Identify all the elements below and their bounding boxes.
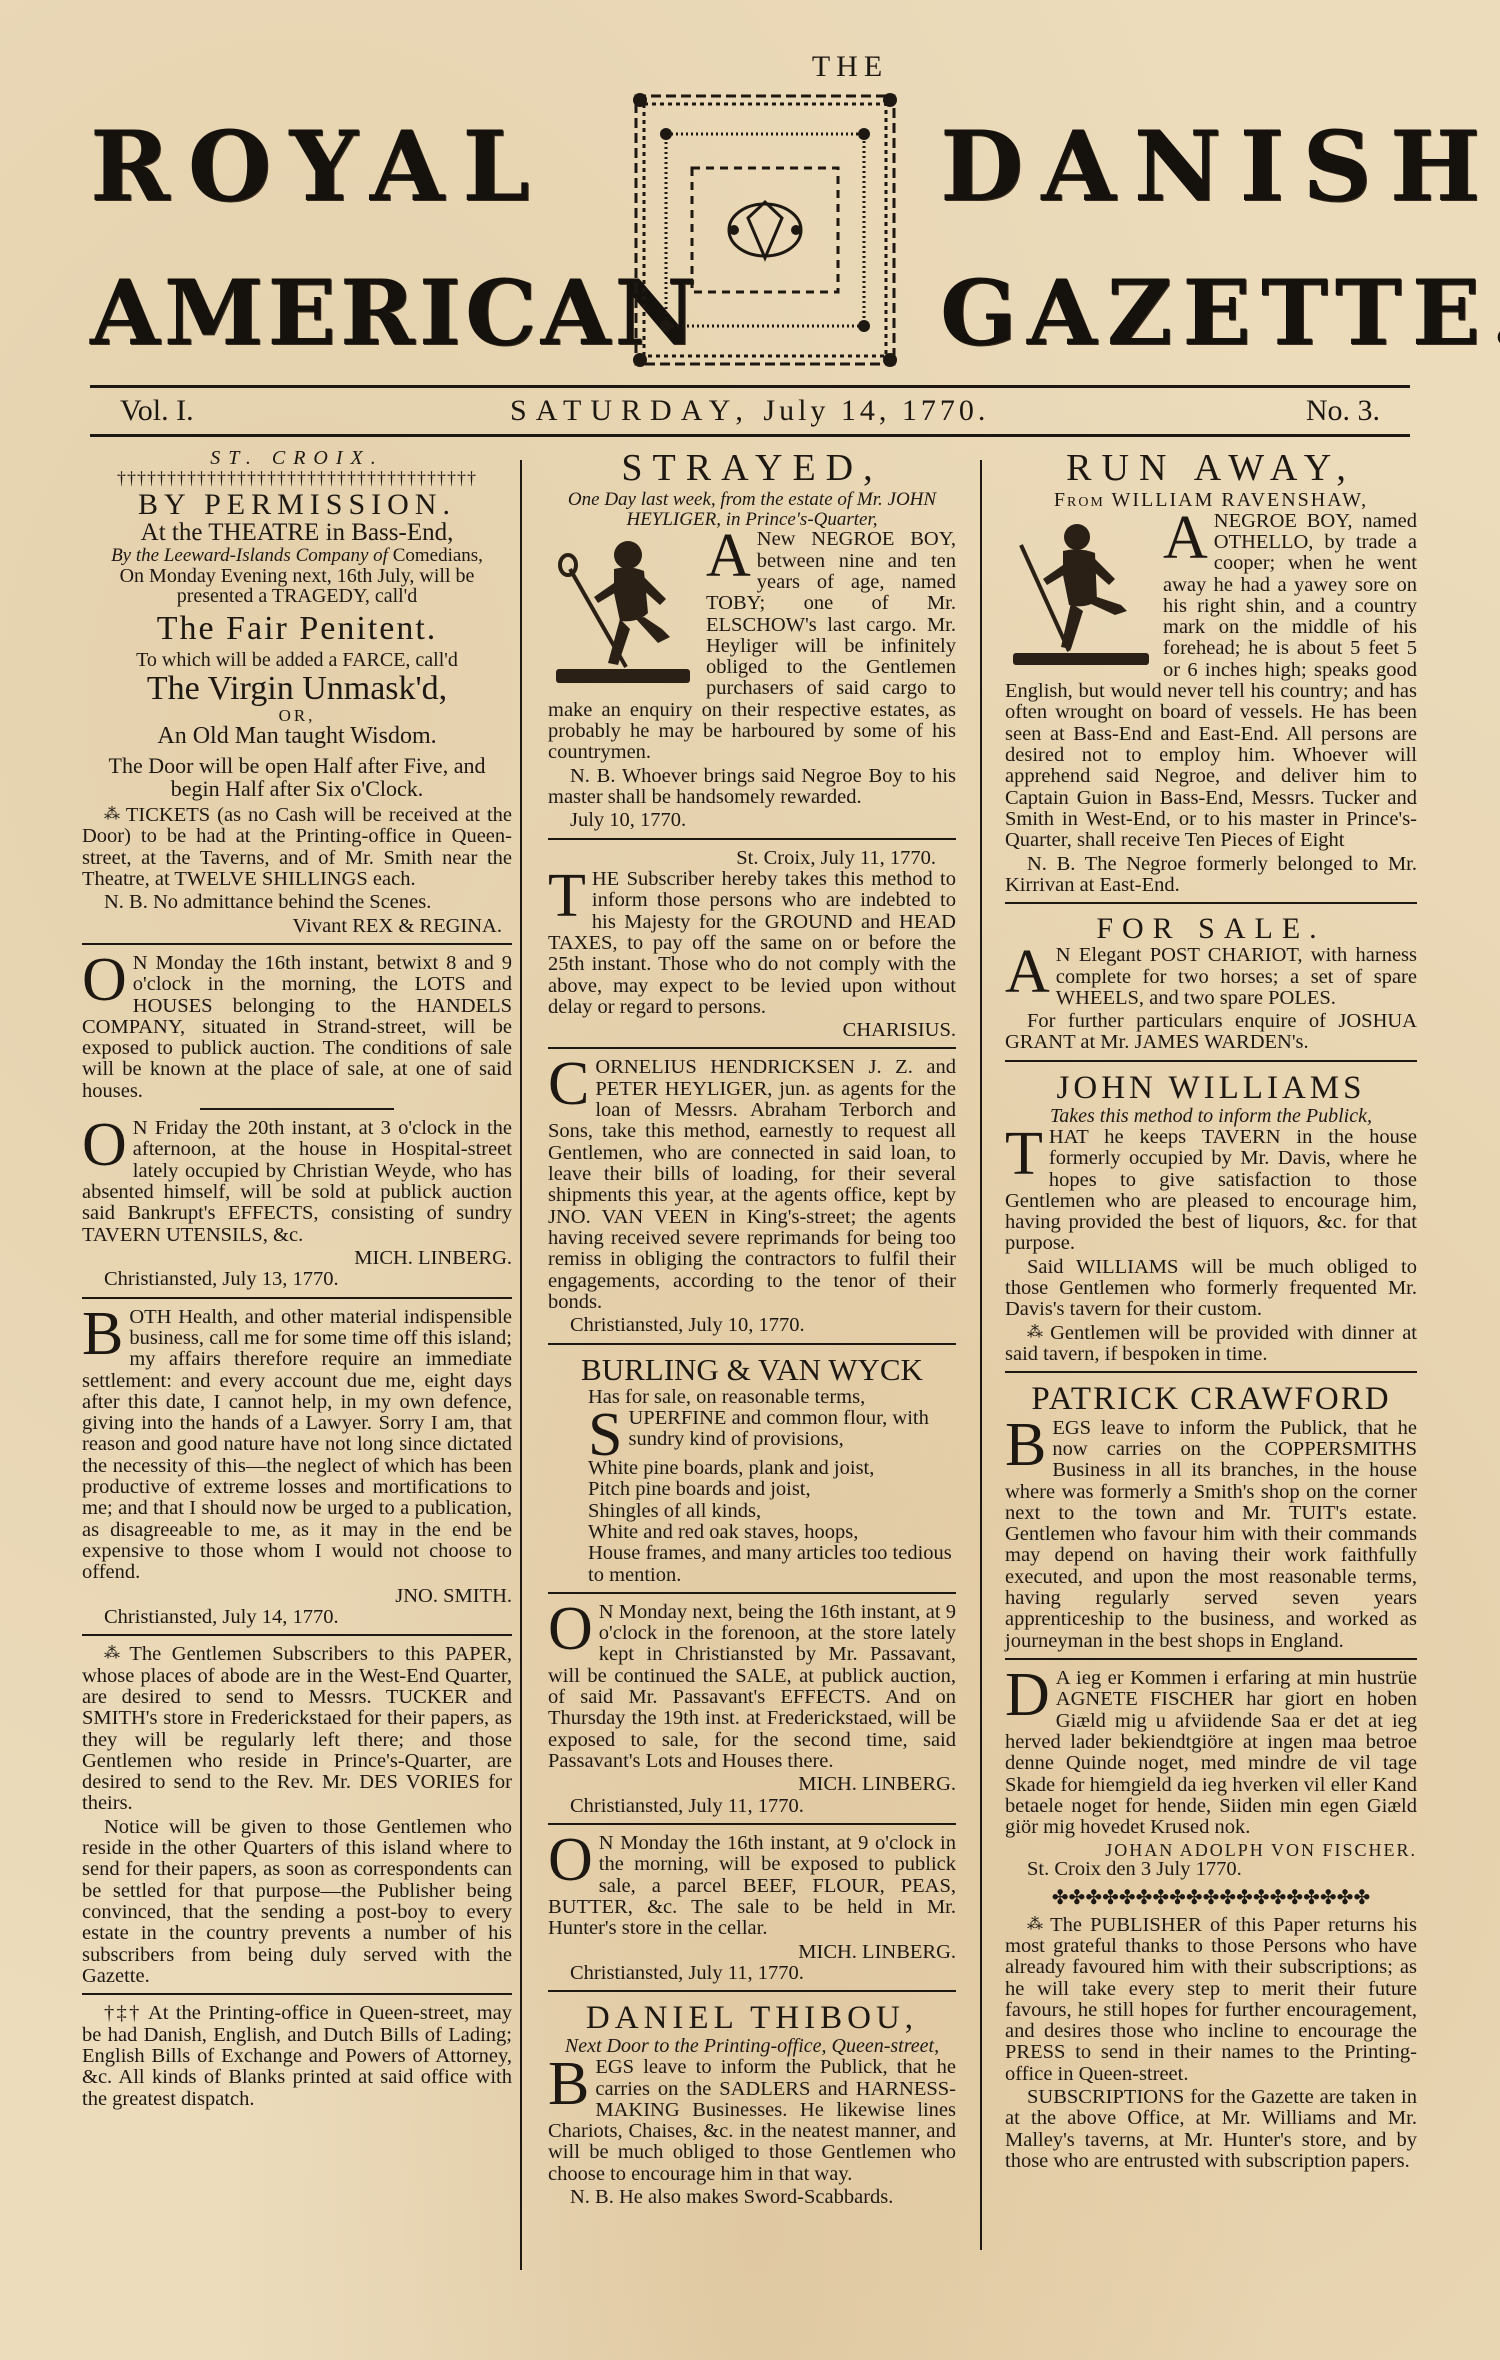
no-admittance: N. B. No admittance behind the Scenes. bbox=[82, 892, 512, 913]
section-rule bbox=[548, 1592, 956, 1594]
burling-title: BURLING & VAN WYCK bbox=[548, 1353, 956, 1387]
signature: CHARISIUS. bbox=[548, 1020, 956, 1041]
dropcap: O bbox=[548, 1835, 593, 1885]
section-rule bbox=[200, 1108, 394, 1110]
dateline-bar: Vol. I. SATURDAY, July 14, 1770. No. 3. bbox=[90, 385, 1410, 437]
dropcap: A bbox=[1163, 513, 1208, 563]
signature: JOHAN ADOLPH VON FISCHER. bbox=[1005, 1841, 1417, 1860]
passavant-text: N Monday next, being the 16th instant, a… bbox=[548, 1601, 956, 1772]
section-rule bbox=[548, 1047, 956, 1049]
burling-item: UPERFINE and common flour, with sundry k… bbox=[628, 1407, 928, 1450]
company-name: By the Leeward-Islands Company of bbox=[111, 545, 388, 566]
section-rule bbox=[82, 1634, 512, 1636]
cross-rule-divider: †††††††††††††††††††††††††††††††††††† bbox=[82, 469, 512, 489]
masthead-american: AMERICAN bbox=[90, 260, 701, 366]
runaway-title: RUN AWAY, bbox=[1005, 448, 1417, 490]
printing-office-text: At the Printing-office in Queen-street, … bbox=[82, 2002, 512, 2109]
williams-title: JOHN WILLIAMS bbox=[1005, 1070, 1417, 1106]
provisions-text: N Monday the 16th instant, at 9 o'clock … bbox=[548, 1832, 956, 1939]
runaway-notice: RUN AWAY, From WILLIAM RAVENSHAW, bbox=[1005, 448, 1417, 896]
runaway-subtitle: From WILLIAM RAVENSHAW, bbox=[1005, 490, 1417, 511]
dropcap: A bbox=[1005, 947, 1050, 997]
masthead-gazette: GAZETTE. bbox=[940, 260, 1500, 366]
printing-office-notice: †‡† At the Printing-office in Queen-stre… bbox=[82, 2003, 512, 2110]
column-divider bbox=[980, 460, 982, 2250]
volume-label: Vol. I. bbox=[120, 394, 194, 428]
section-rule bbox=[82, 1993, 512, 1995]
publisher-notice: ⁂The PUBLISHER of this Paper returns his… bbox=[1005, 1915, 1417, 2173]
notice-date: Christiansted, July 14, 1770. bbox=[104, 1607, 512, 1628]
tickets-paragraph: ⁂TICKETS (as no Cash will be received at… bbox=[82, 805, 512, 890]
dropcap: T bbox=[548, 871, 586, 921]
performance-when: On Monday Evening next, 16th July, will … bbox=[82, 566, 512, 608]
crawford-notice: PATRICK CRAWFORD BEGS leave to inform th… bbox=[1005, 1381, 1417, 1652]
notice-date: July 10, 1770. bbox=[570, 810, 956, 831]
thibou-nb: N. B. He also makes Sword-Scabbards. bbox=[548, 2187, 956, 2208]
smith-notice-text: OTH Health, and other material indispens… bbox=[82, 1306, 512, 1584]
subscribers-notice: ⁂The Gentlemen Subscribers to this PAPER… bbox=[82, 1644, 512, 1987]
dropcap: O bbox=[548, 1604, 593, 1654]
section-rule bbox=[1005, 1658, 1417, 1660]
burling-item: House frames, and many articles too tedi… bbox=[588, 1543, 956, 1586]
farce-intro: To which will be added a FARCE, call'd bbox=[82, 650, 512, 671]
asterism-icon: ⁂ bbox=[1027, 1324, 1046, 1341]
door-times: The Door will be open Half after Five, a… bbox=[82, 755, 512, 801]
signature: MICH. LINBERG. bbox=[82, 1248, 512, 1269]
strayed-notice: STRAYED, One Day last week, from the est… bbox=[548, 448, 956, 832]
asterism-icon: ⁂ bbox=[104, 806, 122, 823]
section-rule bbox=[82, 943, 512, 945]
taxes-notice: St. Croix, July 11, 1770. THE Subscriber… bbox=[548, 848, 956, 1042]
masthead-danish: DANISH bbox=[940, 110, 1498, 223]
williams-notice: JOHN WILLIAMS Takes this method to infor… bbox=[1005, 1070, 1417, 1366]
motto: Vivant REX & REGINA. bbox=[82, 916, 502, 937]
middle-column: STRAYED, One Day last week, from the est… bbox=[548, 448, 956, 2210]
dropcap: S bbox=[588, 1410, 622, 1460]
williams-subtitle: Takes this method to inform the Publick, bbox=[1005, 1106, 1417, 1127]
taxes-dateline: St. Croix, July 11, 1770. bbox=[548, 848, 936, 869]
section-rule bbox=[82, 1297, 512, 1299]
section-rule bbox=[548, 1823, 956, 1825]
subscribers-text-2: Notice will be given to those Gentlemen … bbox=[82, 1817, 512, 1988]
ornament-row-divider: ✤✤✤✤✤✤✤✤✤✤✤✤✤✤✤✤✤✤✤ bbox=[1005, 1887, 1417, 1909]
section-rule bbox=[548, 1990, 956, 1992]
fischer-notice: DA ieg er Kommen i erfaring at min hustr… bbox=[1005, 1668, 1417, 1881]
place-heading: ST. CROIX. bbox=[82, 448, 512, 469]
williams-text-2: Said WILLIAMS will be much obliged to th… bbox=[1005, 1257, 1417, 1321]
agents-notice: CORNELIUS HENDRICKSEN J. Z. and PETER HE… bbox=[548, 1057, 956, 1336]
newspaper-page: THE ROYAL DANISH AMERICAN GAZETTE. bbox=[0, 0, 1500, 2360]
burling-item: Pitch pine boards and joist, bbox=[588, 1479, 956, 1500]
fischer-text: A ieg er Kommen i erfaring at min hustrü… bbox=[1005, 1667, 1417, 1838]
subscriptions-text: SUBSCRIPTIONS for the Gazette are taken … bbox=[1005, 2087, 1417, 2172]
strayed-subtitle: One Day last week, from the estate of Mr… bbox=[548, 490, 956, 530]
signature: MICH. LINBERG. bbox=[548, 1942, 956, 1963]
notice-date: Christiansted, July 13, 1770. bbox=[104, 1269, 512, 1290]
passavant-notice: ON Monday next, being the 16th instant, … bbox=[548, 1602, 956, 1817]
tickets-text: TICKETS (as no Cash will be received at … bbox=[82, 804, 512, 890]
williams-text-3: Gentlemen will be provided with dinner a… bbox=[1005, 1322, 1417, 1365]
column-divider bbox=[520, 460, 522, 2270]
lots-sale-text: N Monday the 16th instant, betwixt 8 and… bbox=[82, 952, 512, 1102]
play-title: The Fair Penitent. bbox=[82, 611, 512, 646]
notice-date: Christiansted, July 11, 1770. bbox=[570, 1963, 956, 1984]
issue-day: SATURDAY, bbox=[510, 394, 752, 427]
section-rule bbox=[548, 838, 956, 840]
crawford-text: EGS leave to inform the Publick, that he… bbox=[1005, 1417, 1417, 1652]
weyde-sale-text: N Friday the 20th instant, at 3 o'clock … bbox=[82, 1117, 512, 1246]
dropcap: C bbox=[548, 1059, 589, 1109]
running-figure-woodcut-icon bbox=[1005, 515, 1155, 675]
farce-title: The Virgin Unmask'd, bbox=[82, 671, 512, 706]
provisions-notice: ON Monday the 16th instant, at 9 o'clock… bbox=[548, 1833, 956, 1984]
section-rule bbox=[1005, 1371, 1417, 1373]
ornamental-border-icon bbox=[630, 90, 900, 370]
smith-notice: BOTH Health, and other material indispen… bbox=[82, 1307, 512, 1629]
williams-text: HAT he keeps TAVERN in the house formerl… bbox=[1005, 1126, 1417, 1255]
for-sale-text: N Elegant POST CHARIOT, with harness com… bbox=[1056, 944, 1417, 1009]
burling-notice: BURLING & VAN WYCK Has for sale, on reas… bbox=[548, 1353, 956, 1586]
theatre-venue: At the THEATRE in Bass-End, bbox=[82, 520, 512, 546]
signature: JNO. SMITH. bbox=[82, 1586, 512, 1607]
issue-number: No. 3. bbox=[1306, 394, 1380, 428]
dropcap: B bbox=[548, 2059, 589, 2109]
dropcap: T bbox=[1005, 1129, 1043, 1179]
dropcap: O bbox=[82, 955, 127, 1005]
dropcap: B bbox=[1005, 1420, 1046, 1470]
or-label: OR, bbox=[82, 707, 512, 725]
left-column: ST. CROIX. †††††††††††††††††††††††††††††… bbox=[82, 448, 512, 2112]
dagger-mark-icon: †‡† bbox=[104, 2002, 142, 2024]
strayed-reward: N. B. Whoever brings said Negroe Boy to … bbox=[548, 766, 956, 809]
issue-date: SATURDAY, July 14, 1770. bbox=[510, 394, 989, 428]
dropcap: B bbox=[82, 1309, 123, 1359]
notice-date: Christiansted, July 10, 1770. bbox=[570, 1315, 956, 1336]
farce-subtitle: An Old Man taught Wisdom. bbox=[82, 724, 512, 749]
burling-item: Shingles of all kinds, bbox=[588, 1501, 956, 1522]
signature: MICH. LINBERG. bbox=[548, 1774, 956, 1795]
subscribers-text-1: The Gentlemen Subscribers to this PAPER,… bbox=[82, 1643, 512, 1814]
taxes-text: HE Subscriber hereby takes this method t… bbox=[548, 868, 956, 1018]
for-sale-notice: FOR SALE. AN Elegant POST CHARIOT, with … bbox=[1005, 912, 1417, 1054]
asterism-icon: ⁂ bbox=[104, 1645, 125, 1662]
runaway-nb: N. B. The Negroe formerly belonged to Mr… bbox=[1005, 854, 1417, 897]
masthead-the: THE bbox=[790, 50, 910, 84]
strayed-title: STRAYED, bbox=[548, 448, 956, 490]
theatre-notice: ST. CROIX. †††††††††††††††††††††††††††††… bbox=[82, 448, 512, 937]
dropcap: D bbox=[1005, 1670, 1050, 1720]
thibou-title: DANIEL THIBOU, bbox=[548, 2000, 956, 2036]
section-rule bbox=[1005, 902, 1417, 904]
notice-date: St. Croix den 3 July 1770. bbox=[1027, 1859, 1417, 1880]
for-sale-title: FOR SALE. bbox=[1005, 912, 1417, 945]
issue-date-text: July 14, 1770. bbox=[763, 394, 989, 427]
crawford-title: PATRICK CRAWFORD bbox=[1005, 1381, 1417, 1417]
section-rule bbox=[1005, 1060, 1417, 1062]
thibou-text: EGS leave to inform the Publick, that he… bbox=[548, 2056, 956, 2185]
dropcap: O bbox=[82, 1120, 127, 1170]
burling-intro: Has for sale, on reasonable terms, bbox=[588, 1387, 956, 1408]
burling-item: White pine boards, plank and joist, bbox=[588, 1458, 956, 1479]
masthead: THE ROYAL DANISH AMERICAN GAZETTE. bbox=[90, 40, 1410, 380]
running-figure-woodcut-icon bbox=[548, 533, 698, 693]
for-sale-enquire: For further particulars enquire of JOSHU… bbox=[1005, 1011, 1417, 1054]
asterism-icon: ⁂ bbox=[1027, 1916, 1046, 1933]
thibou-notice: DANIEL THIBOU, Next Door to the Printing… bbox=[548, 2000, 956, 2208]
permission-heading: BY PERMISSION. bbox=[82, 489, 512, 520]
dropcap: A bbox=[706, 531, 751, 581]
agents-text: ORNELIUS HENDRICKSEN J. Z. and PETER HEY… bbox=[548, 1056, 956, 1312]
notice-date: Christiansted, July 11, 1770. bbox=[570, 1796, 956, 1817]
section-rule bbox=[548, 1343, 956, 1345]
company-line: By the Leeward-Islands Company of Comedi… bbox=[82, 546, 512, 566]
weyde-sale-notice: ON Friday the 20th instant, at 3 o'clock… bbox=[82, 1118, 512, 1291]
company-rest: Comedians, bbox=[393, 545, 483, 566]
masthead-royal: ROYAL bbox=[90, 110, 548, 223]
publisher-text: The PUBLISHER of this Paper returns his … bbox=[1005, 1914, 1417, 2085]
lots-sale-notice: ON Monday the 16th instant, betwixt 8 an… bbox=[82, 953, 512, 1102]
thibou-subtitle: Next Door to the Printing-office, Queen-… bbox=[548, 2036, 956, 2057]
right-column: RUN AWAY, From WILLIAM RAVENSHAW, bbox=[1005, 448, 1417, 2174]
burling-item: White and red oak staves, hoops, bbox=[588, 1522, 956, 1543]
burling-items: SUPERFINE and common flour, with sundry … bbox=[588, 1408, 956, 1586]
